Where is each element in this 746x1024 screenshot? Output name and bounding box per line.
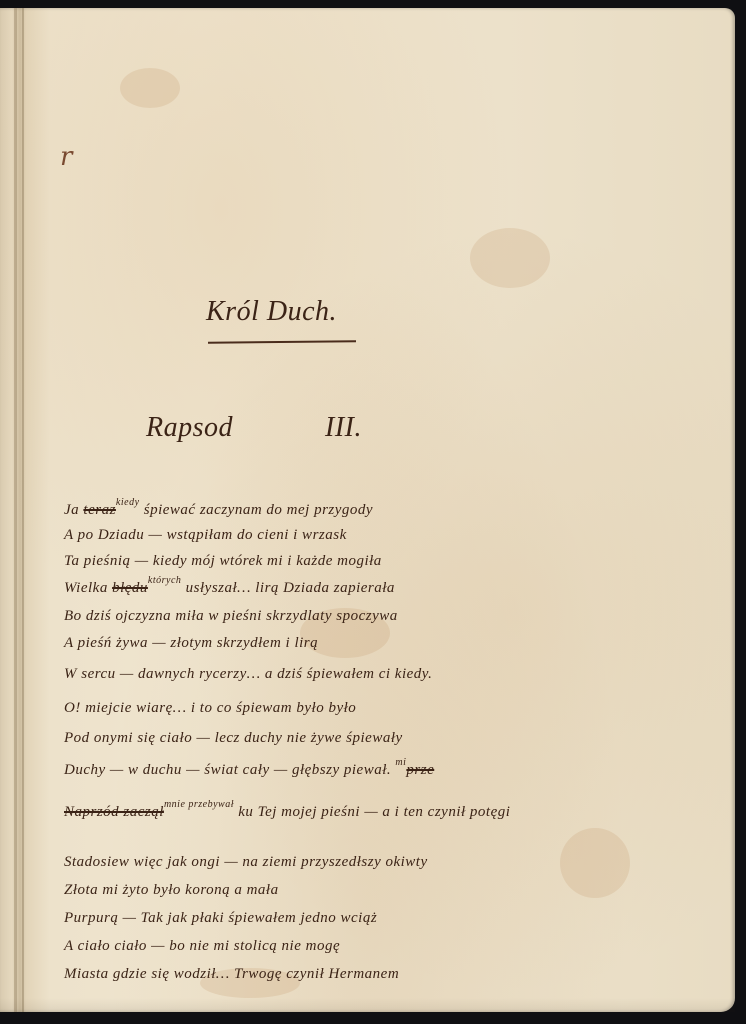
- margin-mark: r: [60, 142, 72, 172]
- verse-line: Ta pieśnią — kiedy mój wtórek mi i każde…: [64, 553, 382, 570]
- interlinear-correction: mnie przebywał: [164, 799, 234, 810]
- struck-word: prze: [406, 762, 434, 778]
- section-number: III.: [325, 412, 362, 444]
- binding-fold-inner: [22, 8, 24, 1012]
- verse-line: O! miejcie wiarę… i to co śpiewam było b…: [64, 700, 356, 717]
- struck-word: teraz: [83, 502, 116, 518]
- paper-stain: [470, 228, 550, 288]
- verse-line: Złota mi żyto było koroną a mała: [64, 882, 279, 899]
- struck-word: Naprzód zaczął: [64, 804, 164, 820]
- interlinear-correction: kiedy: [116, 497, 140, 508]
- manuscript-page: r Król Duch. Rapsod III. Ja terazkiedy ś…: [0, 8, 735, 1012]
- verse-line: Miasta gdzie się wodził… Trwogę czynił H…: [64, 966, 399, 983]
- page-bottom-edge: [0, 998, 735, 1012]
- verse-line: Pod onymi się ciało — lecz duchy nie żyw…: [64, 730, 403, 747]
- binding-fold: [14, 8, 17, 1012]
- verse-line: A ciało ciało — bo nie mi stolicą nie mo…: [64, 938, 340, 955]
- title-underline: [208, 340, 356, 344]
- manuscript-title: Król Duch.: [206, 296, 337, 328]
- verse-line: Purpurą — Tak jak płaki śpiewałem jedno …: [64, 910, 377, 927]
- verse-line: Ja terazkiedy śpiewać zaczynam do mej pr…: [64, 502, 373, 519]
- interlinear-correction: mi: [395, 757, 406, 768]
- struck-word: błędu: [112, 580, 148, 596]
- verse-line: Naprzód zacząłmnie przebywał ku Tej moje…: [64, 804, 510, 821]
- verse-line: A po Dziadu — wstąpiłam do cieni i wrzas…: [64, 527, 347, 544]
- verse-line: Stadosiew więc jak ongi — na ziemi przys…: [64, 854, 428, 871]
- verse-line: Wielka błęduktórych usłyszał… lirą Dziad…: [64, 580, 395, 597]
- verse-line: A pieśń żywa — złotym skrzydłem i lirą: [64, 635, 318, 652]
- paper-stain: [120, 68, 180, 108]
- verse-line: W sercu — dawnych rycerzy… a dziś śpiewa…: [64, 666, 432, 683]
- section-heading: Rapsod: [146, 412, 233, 444]
- paper-stain: [560, 828, 630, 898]
- interlinear-correction: których: [148, 575, 182, 586]
- verse-line: Bo dziś ojczyzna miła w pieśni skrzydlat…: [64, 608, 398, 625]
- verse-line: Duchy — w duchu — świat cały — głębszy p…: [64, 762, 434, 779]
